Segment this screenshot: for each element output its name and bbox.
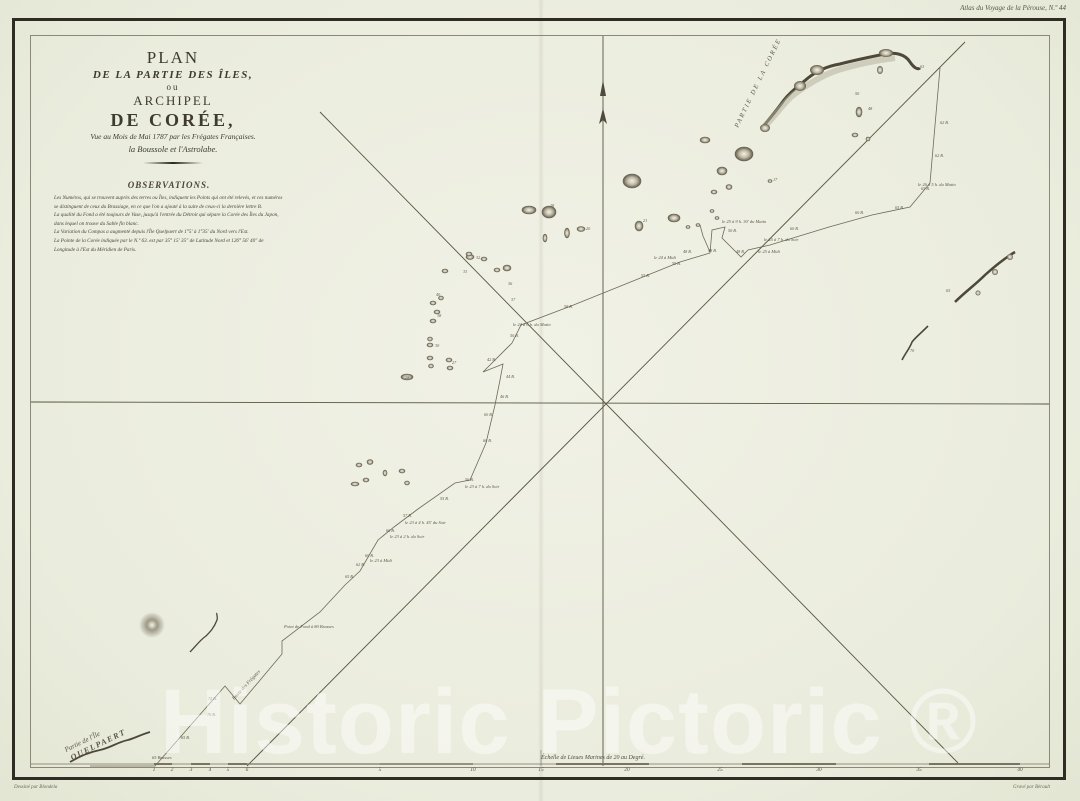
scale-tick-label: 3 bbox=[190, 767, 193, 773]
observation-paragraph: La qualité du Fond a été toujours de Vas… bbox=[54, 211, 284, 228]
sounding-label: 50 B. bbox=[510, 333, 519, 338]
title-subtitle: Vue au Mois de Mai 1787 par les Frégates… bbox=[48, 131, 298, 143]
sounding-label: 60 B. bbox=[483, 438, 492, 443]
credit-engraved-by: Gravé par Bérault bbox=[1013, 785, 1050, 790]
scale-tick-label: 4 bbox=[209, 767, 212, 773]
sounding-labels: 65 B.70 B.72 B.65 B.62 B.60 B.60 B.57 B.… bbox=[181, 120, 949, 740]
sounding-label: 70 B. bbox=[207, 712, 216, 717]
sounding-label: 62 B. bbox=[935, 153, 944, 158]
title-partie: DE LA PARTIE DES ÎLES, bbox=[48, 68, 298, 82]
scale-tick-label: 20 bbox=[624, 767, 630, 773]
sounding-label: 46 B. bbox=[500, 394, 509, 399]
island-number: 63 bbox=[920, 64, 924, 69]
scale-tick-label: 30 bbox=[816, 767, 822, 773]
svg-text:le 24 à Midi: le 24 à Midi bbox=[654, 255, 677, 260]
svg-text:le 23 à 7 h. du Soir: le 23 à 7 h. du Soir bbox=[465, 484, 500, 489]
title-rule bbox=[143, 162, 203, 164]
sounding-label: 60 B. bbox=[365, 553, 374, 558]
scale-tick-label: 35 bbox=[916, 767, 922, 773]
island-number-labels: 363732334038302728175048636570182021 bbox=[405, 64, 950, 380]
sounding-label: 60 B. bbox=[790, 226, 799, 231]
observations-heading: OBSERVATIONS. bbox=[54, 180, 284, 190]
sounding-label: 65 B. bbox=[345, 574, 354, 579]
sounding-label: 62 B. bbox=[356, 562, 365, 567]
sounding-label: 48 B. bbox=[736, 249, 745, 254]
observation-paragraph: La Pointe de la Corée indiquée par le N.… bbox=[54, 237, 284, 254]
start-depth-label: 65 Brasses bbox=[152, 755, 172, 760]
island-group bbox=[351, 107, 870, 486]
island-number: 70 bbox=[910, 348, 915, 353]
scale-tick-label: 15 bbox=[538, 767, 544, 773]
title-archipel: ARCHIPEL bbox=[48, 93, 298, 109]
sounding-label: 42 B. bbox=[487, 357, 496, 362]
scale-tick-label: 40 bbox=[1017, 767, 1023, 773]
island-number: 20 bbox=[586, 226, 591, 231]
fond-label: Point de Fond à 80 Brasses bbox=[283, 624, 334, 629]
island-number: 65 bbox=[946, 288, 950, 293]
title-ou: ou bbox=[48, 82, 298, 93]
sounding-label: 72 B. bbox=[208, 696, 217, 701]
island-number: 36 bbox=[508, 281, 513, 286]
island-number: 37 bbox=[511, 297, 516, 302]
title-plan: PLAN bbox=[48, 48, 298, 68]
scale-tick-label: 5 bbox=[379, 767, 382, 773]
sounding-label: 50 B. bbox=[728, 228, 737, 233]
svg-text:le 23 à 2 h. du Soir: le 23 à 2 h. du Soir bbox=[390, 534, 425, 539]
observation-paragraph: La Variation du Compas a augmenté depuis… bbox=[54, 228, 284, 237]
scale-tick-label: 25 bbox=[717, 767, 723, 773]
island-number: 30 bbox=[435, 343, 440, 348]
svg-text:le 25 à 9 h. 30' du Matin: le 25 à 9 h. 30' du Matin bbox=[722, 219, 767, 224]
svg-text:le 25 à 7 h. du Soir: le 25 à 7 h. du Soir bbox=[764, 237, 799, 242]
island-number: 18 bbox=[550, 203, 555, 208]
observations-block: OBSERVATIONS. Les Numéros, qui se trouve… bbox=[54, 180, 284, 254]
sounding-label: 59 B. bbox=[672, 261, 681, 266]
scale-label: Échelle de Lieues Marines de 20 au Degré… bbox=[541, 755, 645, 761]
scale-tick-label: 2 bbox=[171, 767, 174, 773]
quelpaert-label: Partie de l'Île QUELPAERT bbox=[62, 719, 127, 763]
svg-text:le 23 à Midi: le 23 à Midi bbox=[370, 558, 393, 563]
sounding-label: 65 B. bbox=[921, 186, 930, 191]
scale-tick-label: 10 bbox=[470, 767, 476, 773]
sounding-label: 48 B. bbox=[683, 249, 692, 254]
island-number: 17 bbox=[773, 177, 778, 182]
scale-tick-label: 5 bbox=[227, 767, 230, 773]
sounding-label: 48 B. bbox=[708, 248, 717, 253]
island-blurred bbox=[139, 612, 165, 638]
sounding-label: 60 B. bbox=[855, 210, 864, 215]
sounding-label: 44 B. bbox=[506, 374, 515, 379]
scale-tick-label: 1 bbox=[153, 767, 156, 773]
sounding-label: 60 B. bbox=[484, 412, 493, 417]
island-number: 27 bbox=[452, 360, 457, 365]
sounding-label: 58 B. bbox=[564, 304, 573, 309]
scale-tick-label: 6 bbox=[246, 767, 249, 773]
title-ships: la Boussole et l'Astrolabe. bbox=[48, 143, 298, 156]
title-coree: DE CORÉE, bbox=[48, 109, 298, 131]
island-number: 48 bbox=[868, 106, 873, 111]
sounding-label: 55 B. bbox=[440, 496, 449, 501]
title-cartouche: PLAN DE LA PARTIE DES ÎLES, ou ARCHIPEL … bbox=[48, 48, 298, 164]
sounding-label: 55 B. bbox=[641, 273, 650, 278]
sounding-label: 56 B. bbox=[465, 477, 474, 482]
observation-paragraph: Les Numéros, qui se trouvent auprès des … bbox=[54, 194, 284, 211]
island-number: 33 bbox=[463, 269, 467, 274]
svg-text:le 23 à 4 h. 45' du Soir: le 23 à 4 h. 45' du Soir bbox=[405, 520, 446, 525]
sounding-label: 62 B. bbox=[940, 120, 949, 125]
island-number: 32 bbox=[476, 255, 480, 260]
credit-drawn-by: Dessiné par Blondela bbox=[14, 785, 57, 790]
ship-route bbox=[90, 68, 940, 766]
island-number: 38 bbox=[437, 313, 442, 318]
route-labels: Route des Frégates Point de Fond à 80 Br… bbox=[152, 182, 956, 760]
svg-text:le 25 à Midi: le 25 à Midi bbox=[758, 249, 781, 254]
island-number: 50 bbox=[855, 91, 860, 96]
eastern-coastline bbox=[902, 252, 1015, 360]
svg-text:le 24 à 6 h. du Matin: le 24 à 6 h. du Matin bbox=[513, 322, 551, 327]
island-number: 21 bbox=[643, 218, 647, 223]
sounding-label: 57 B. bbox=[403, 513, 412, 518]
sounding-label: 60 B. bbox=[386, 528, 395, 533]
sounding-label: 65 B. bbox=[181, 735, 190, 740]
sounding-label: 65 B. bbox=[895, 205, 904, 210]
route-name-label: Route des Frégates bbox=[231, 670, 262, 702]
korea-coastline bbox=[760, 49, 920, 132]
